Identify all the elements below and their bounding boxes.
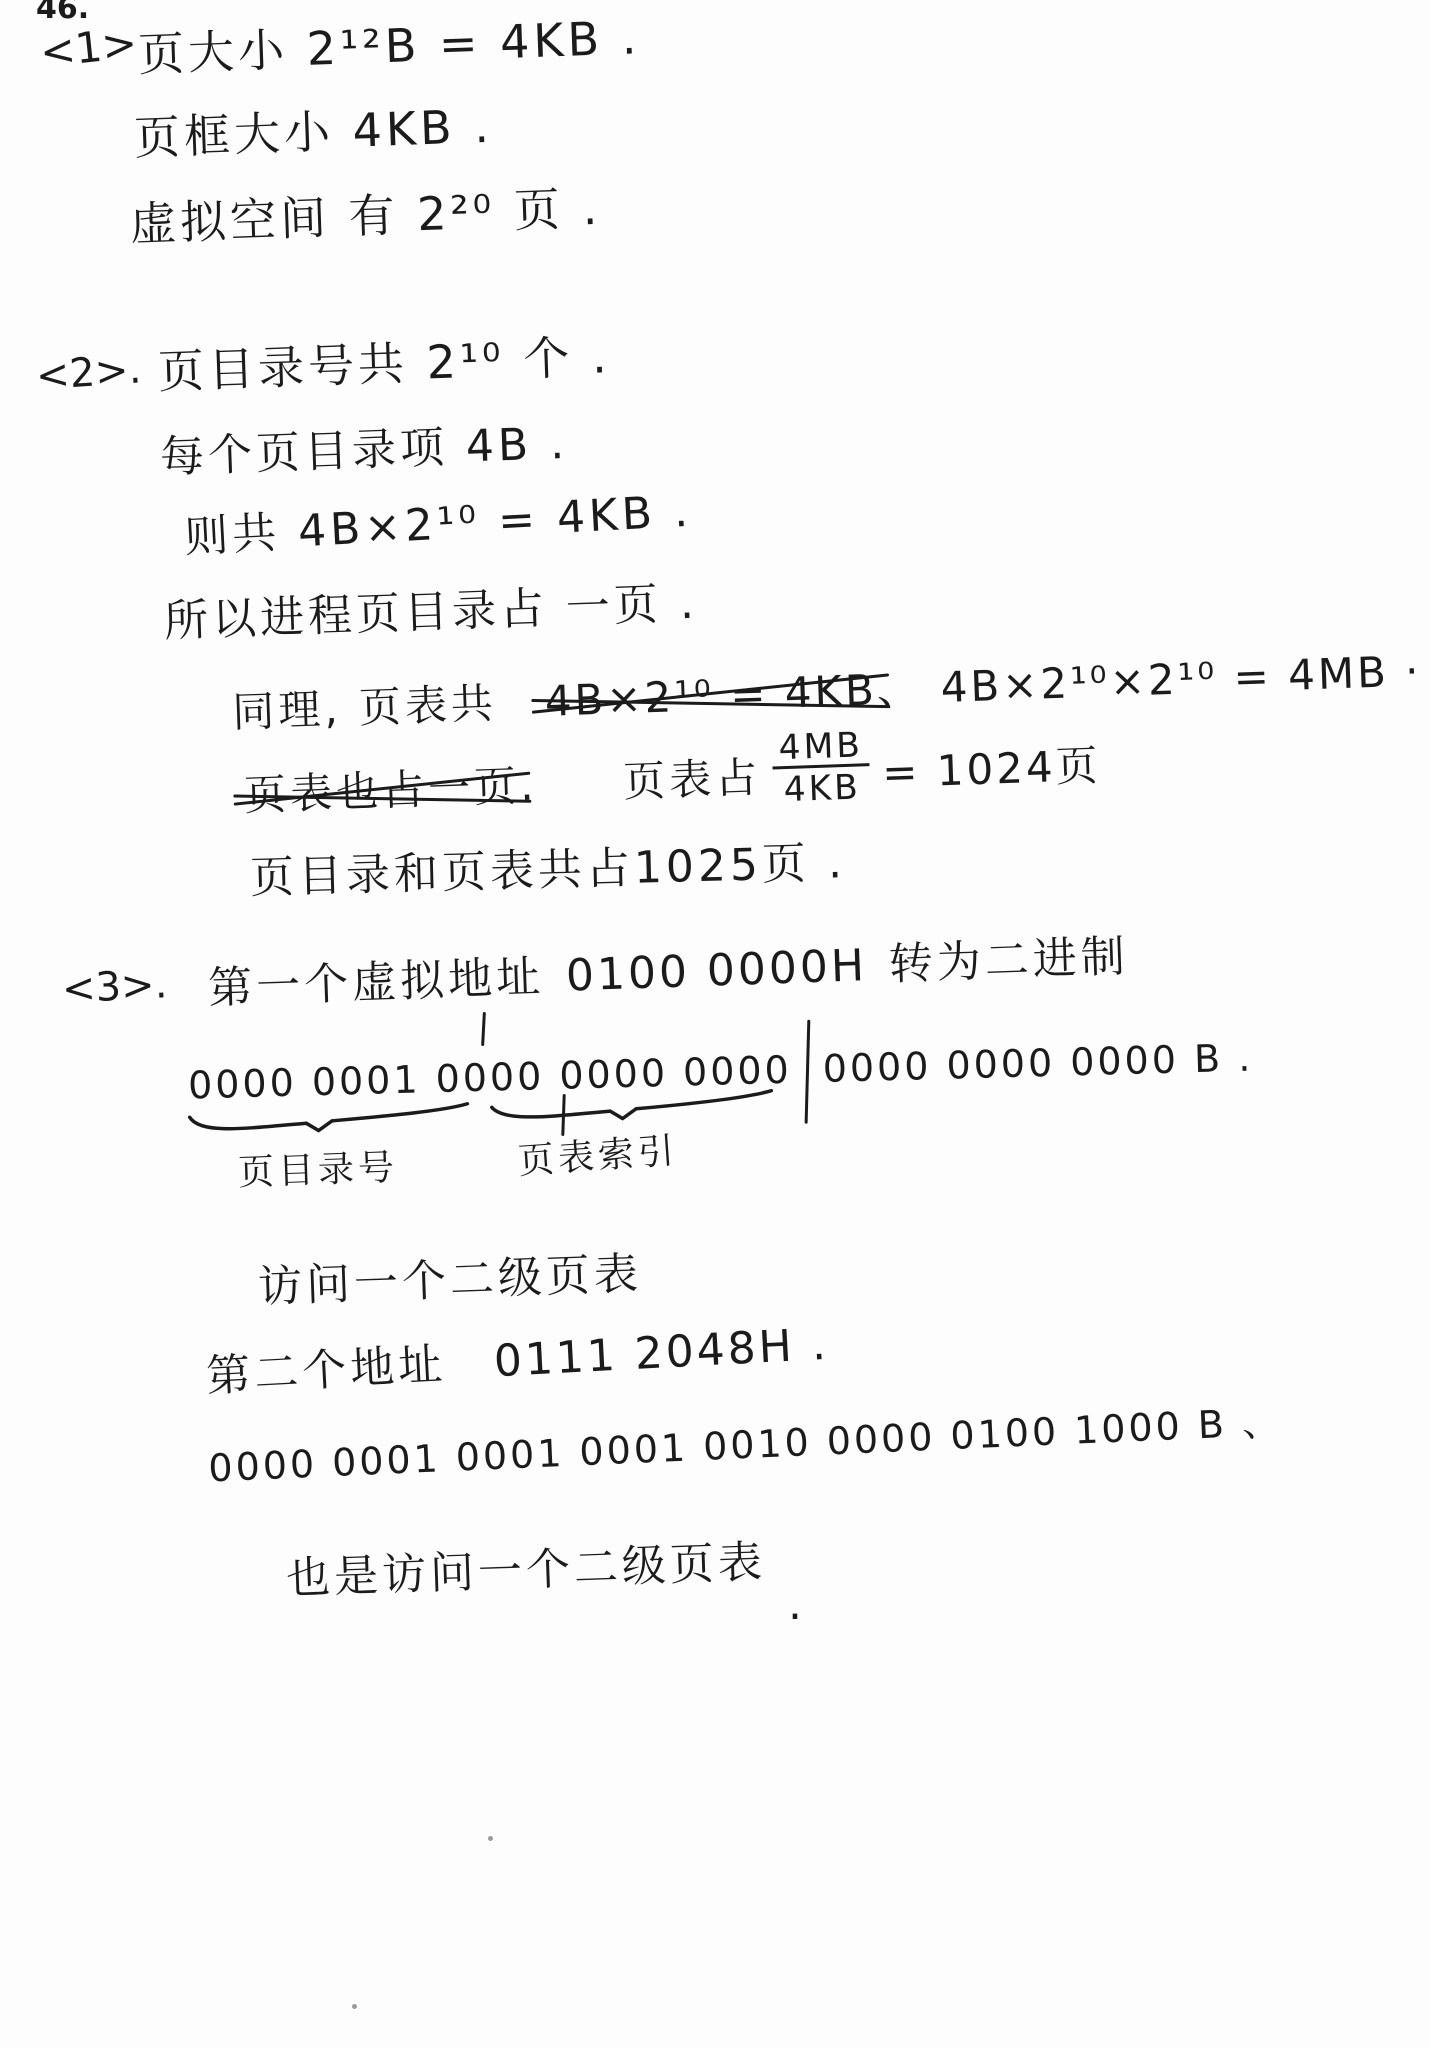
- part1-line-page-size: 页大小 2¹²B = 4KB .: [137, 11, 641, 81]
- crossed-out-formula: 4B×2¹⁰ = 4KB: [544, 666, 878, 726]
- part3-line3-text: 第二个地址: [205, 1339, 447, 1402]
- part3-line1-suffix: 转为二进制: [888, 931, 1130, 990]
- part3-line1-text: 第一个虚拟地址: [207, 951, 545, 1014]
- part2-line-page-table-total: 同理, 页表共4B×2¹⁰ = 4KB、4B×2¹⁰×2¹⁰ = 4MB ·: [232, 647, 1423, 737]
- part2-line-directory-count: 页目录号共 2¹⁰ 个 .: [157, 330, 611, 399]
- part3-label: <3>.: [61, 961, 168, 1012]
- part3-line3-hex: 0111 2048H .: [493, 1319, 830, 1387]
- handwritten-notes-page: 46. <1> 页大小 2¹²B = 4KB . 页框大小 4KB . 虚拟空间…: [0, 0, 1430, 2048]
- ink-speck: [488, 1836, 493, 1841]
- binary-line-2: 0000 0001 0001 0001 0010 0000 0100 1000 …: [208, 1401, 1284, 1492]
- fraction-denominator: 4KB: [773, 763, 872, 809]
- part2-line-page-table-pages: 页表也占一页.页表占4MB4KB= 1024页: [243, 729, 1102, 837]
- label-page-directory-number: 页目录号: [237, 1147, 398, 1194]
- fraction-numerator: 4MB: [778, 727, 863, 766]
- crossed-out-text: 页表也占一页: [243, 762, 521, 820]
- part3-line-first-address: 第一个虚拟地址0100 0000H转为二进制: [207, 932, 1129, 1015]
- part3-line1-hex: 0100 0000H: [565, 940, 868, 1001]
- part2-line6-result: = 1024页: [881, 741, 1101, 798]
- part2-line5-prefix: 同理, 页表共: [231, 679, 497, 737]
- part2-line-total-4kb: 则共 4B×2¹⁰ = 4KB .: [183, 487, 693, 564]
- part3-line-second-address: 第二个地址0111 2048H .: [205, 1320, 830, 1403]
- part2-line-total-1025: 页目录和页表共占1025页 .: [249, 838, 846, 904]
- part3-line-access-second-level: 访问一个二级页表: [257, 1249, 643, 1313]
- part3-line-also-access: 也是访问一个二级页表: [285, 1538, 766, 1605]
- part2-line5-formula: 4B×2¹⁰×2¹⁰ = 4MB ·: [940, 646, 1422, 712]
- question-number: 46.: [36, 0, 89, 27]
- part2-label: <2>.: [35, 346, 143, 399]
- part1-line-frame-size: 页框大小 4KB .: [133, 100, 493, 165]
- label-page-table-index: 页表索引: [517, 1130, 680, 1182]
- part1-line-virtual-space: 虚拟空间 有 2²⁰ 页 .: [129, 182, 602, 251]
- trailing-period: .: [788, 1580, 802, 1631]
- bit-boundary-bar: [804, 1020, 810, 1124]
- binary1-segment-2: 0000 0000 0000 B .: [822, 1036, 1254, 1091]
- part2-line-entry-size: 每个页目录项 4B .: [159, 419, 569, 484]
- part2-line6-label: 页表占: [622, 753, 762, 807]
- part2-line-directory-one-page: 所以进程页目录占 一页 .: [163, 579, 698, 648]
- fraction-4mb-4kb: 4MB4KB: [772, 727, 872, 809]
- part1-label: <1>: [38, 19, 140, 77]
- ink-speck: [352, 2004, 357, 2009]
